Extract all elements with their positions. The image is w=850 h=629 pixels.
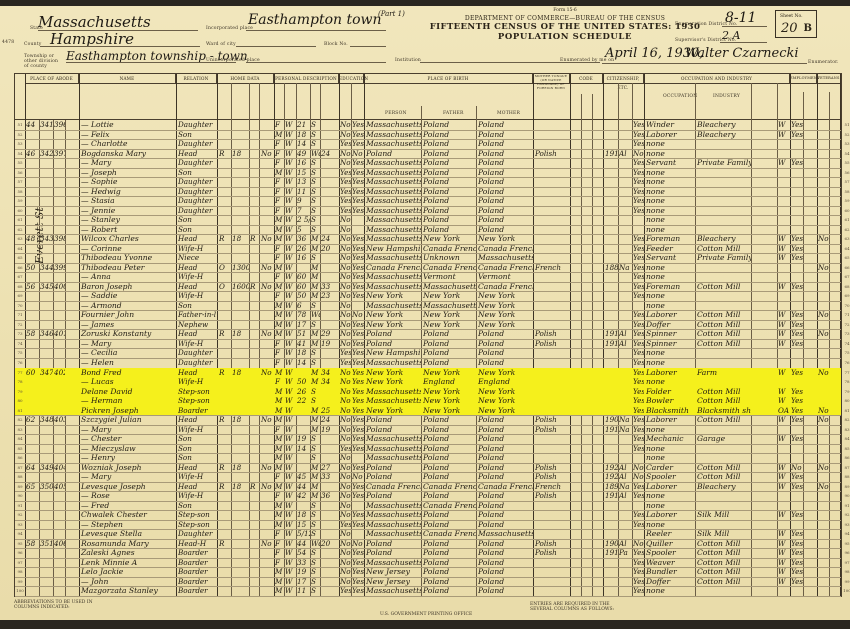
cell-race: W — [285, 329, 296, 339]
cell-marital: S — [311, 206, 320, 216]
cell-english: Yes — [633, 396, 644, 406]
cell-family — [54, 453, 65, 463]
cell-english: Yes — [633, 339, 644, 349]
cell-occupation: none — [646, 425, 695, 435]
cell-father: Poland — [423, 577, 476, 587]
cell-name: Wozniak Joseph — [81, 463, 176, 473]
cell-value — [232, 120, 249, 130]
cell-english: Yes — [633, 387, 644, 397]
cell-tongue — [535, 301, 570, 311]
cell-school: Yes — [340, 348, 351, 358]
cell-occupation: none — [646, 149, 695, 159]
cell-class — [778, 177, 790, 187]
cell-mother: Poland — [478, 425, 533, 435]
cell-read — [352, 225, 364, 235]
cell-line: 64 — [841, 244, 850, 254]
cell-sex: F — [275, 339, 284, 349]
cell-immig — [605, 577, 618, 587]
cell-class: W — [778, 434, 790, 444]
cell-family — [54, 510, 65, 520]
cell-immig — [605, 282, 618, 292]
cell-family — [54, 139, 65, 149]
cell-line: 98 — [15, 567, 25, 577]
cell-immig — [605, 529, 618, 539]
cell-value — [232, 310, 249, 320]
cell-vet — [818, 215, 829, 225]
cell-immig: 1922 — [605, 472, 618, 482]
cell-family — [54, 339, 65, 349]
cell-tongue — [535, 139, 570, 149]
cell-sex: M — [275, 453, 284, 463]
cell-house: 58 — [26, 539, 39, 549]
cell-race: W — [285, 120, 296, 130]
cell-vet — [818, 586, 829, 596]
cell-tenure — [219, 301, 231, 311]
cell-class: W — [778, 558, 790, 568]
cell-industry: Blacksmith shop — [697, 406, 751, 416]
cell-family — [54, 501, 65, 511]
cell-line: 62 — [841, 225, 850, 235]
cell-relation: Niece — [178, 253, 216, 263]
cell-read: Yes — [352, 387, 364, 397]
cell-read: Yes — [352, 377, 364, 387]
cell-farm — [261, 501, 274, 511]
cell-class: W — [778, 415, 790, 425]
cell-age-marr — [321, 529, 338, 539]
cell-family — [54, 358, 65, 368]
cell-house — [26, 548, 39, 558]
cell-line: 78 — [841, 377, 850, 387]
cell-house — [26, 272, 39, 282]
group-employment: EMPLOYMENT — [790, 74, 817, 84]
cell-farm — [261, 196, 274, 206]
cell-class: W — [778, 482, 790, 492]
cell-class: W — [778, 548, 790, 558]
cell-age-marr — [321, 272, 338, 282]
cell-farm — [261, 348, 274, 358]
cell-tongue — [535, 120, 570, 130]
cell-race: W — [285, 482, 296, 492]
cell-radio — [250, 120, 259, 130]
cell-birth: Massachusetts — [366, 558, 421, 568]
cell-vet — [818, 168, 829, 178]
cell-dwelling — [40, 225, 53, 235]
cell-house — [26, 291, 39, 301]
sheet-label: Sheet No. — [780, 14, 803, 19]
cell-age-marr: 33 — [321, 472, 338, 482]
cell-english — [633, 501, 644, 511]
cell-industry — [697, 348, 751, 358]
cell-read — [352, 301, 364, 311]
cell-read: Yes — [352, 263, 364, 273]
cell-tenure — [219, 177, 231, 187]
cell-farm: No — [261, 368, 274, 378]
cell-age — [297, 425, 310, 435]
cell-read: Yes — [352, 406, 364, 416]
cell-birth: Poland — [366, 425, 421, 435]
cell-age: 19 — [297, 567, 310, 577]
cell-sex: M — [275, 434, 284, 444]
sheet-header: State Massachusetts 4478 County Hampshir… — [0, 6, 850, 72]
cell-mother: Poland — [478, 567, 533, 577]
cell-read: Yes — [352, 320, 364, 330]
cell-relation: Boarder — [178, 577, 216, 587]
cell-relation: Wife-H — [178, 339, 216, 349]
cell-age-marr: 36 — [321, 491, 338, 501]
cell-work: Yes — [791, 282, 803, 292]
cell-line: 54 — [15, 149, 25, 159]
cell-tenure — [219, 434, 231, 444]
cell-english: Yes — [633, 282, 644, 292]
cell-age: 49 — [297, 149, 310, 159]
cell-tenure — [219, 168, 231, 178]
cell-english: Yes — [633, 253, 644, 263]
cell-nat: Na — [619, 425, 632, 435]
cell-mother: Poland — [478, 177, 533, 187]
cell-work: Yes — [791, 529, 803, 539]
cell-line: 97 — [841, 558, 850, 568]
cell-value — [232, 510, 249, 520]
cell-marital: M — [311, 368, 320, 378]
cell-class — [778, 358, 790, 368]
cell-mother: Poland — [478, 491, 533, 501]
cell-marital: M — [311, 339, 320, 349]
cell-industry: Cotton Mill — [697, 282, 751, 292]
cell-read: Yes — [352, 396, 364, 406]
cell-english: Yes — [633, 168, 644, 178]
cell-father: Vermont — [423, 272, 476, 282]
cell-marital: S — [311, 548, 320, 558]
cell-race: W — [285, 358, 296, 368]
cell-relation: Son — [178, 168, 216, 178]
cell-farm — [261, 158, 274, 168]
cell-name: Lelo Jackie — [81, 567, 176, 577]
block-label: Block No. — [324, 42, 348, 47]
cell-age: 26 — [297, 387, 310, 397]
cell-father: Canada French — [423, 244, 476, 254]
cell-tenure — [219, 567, 231, 577]
cell-dwelling: 341 — [40, 120, 53, 130]
cell-read: Yes — [352, 244, 364, 254]
cell-marital: S — [311, 301, 320, 311]
cell-marital: S — [311, 348, 320, 358]
cell-school: Yes — [340, 168, 351, 178]
cell-tongue: Polish — [535, 425, 570, 435]
cell-farm — [261, 510, 274, 520]
cell-age — [297, 453, 310, 463]
cell-sex: F — [275, 472, 284, 482]
cell-line: 72 — [15, 320, 25, 330]
cell-tenure — [219, 244, 231, 254]
cell-read: Yes — [352, 577, 364, 587]
cell-school: No — [340, 158, 351, 168]
cell-family — [54, 196, 65, 206]
cell-immig — [605, 396, 618, 406]
cell-occupation: Laborer — [646, 482, 695, 492]
cell-read — [352, 215, 364, 225]
cell-mother: Canada French — [478, 282, 533, 292]
cell-birth: New Jersey — [366, 567, 421, 577]
cell-name: — Henry — [81, 453, 176, 463]
cell-family — [54, 491, 65, 501]
cell-line: 58 — [15, 187, 25, 197]
cell-english — [633, 453, 644, 463]
cell-mother: Poland — [478, 539, 533, 549]
cell-radio: R — [250, 234, 259, 244]
cell-immig — [605, 368, 618, 378]
cell-vet — [818, 291, 829, 301]
cell-race: W — [285, 310, 296, 320]
cell-sex: F — [275, 548, 284, 558]
cell-name: — Cecilia — [81, 348, 176, 358]
cell-dwelling — [40, 425, 53, 435]
cell-marital: S — [311, 196, 320, 206]
cell-industry: Bleachery — [697, 234, 751, 244]
cell-house — [26, 177, 39, 187]
cell-house: 46 — [26, 149, 39, 159]
cell-class — [778, 301, 790, 311]
cell-father: Poland — [423, 567, 476, 577]
cell-vet: No — [818, 234, 829, 244]
cell-value: 18 — [232, 234, 249, 244]
cell-name: — Fred — [81, 501, 176, 511]
cell-farm — [261, 520, 274, 530]
cell-industry: Cotton Mill — [697, 548, 751, 558]
cell-house — [26, 139, 39, 149]
cell-birth: New York — [366, 368, 421, 378]
cell-occupation: none — [646, 444, 695, 454]
cell-house — [26, 520, 39, 530]
cell-age-marr — [321, 130, 338, 140]
cell-sex: M — [275, 396, 284, 406]
cell-mother: Vermont — [478, 272, 533, 282]
cell-tongue: Polish — [535, 329, 570, 339]
cell-vet — [818, 358, 829, 368]
cell-occupation: none — [646, 501, 695, 511]
department: DEPARTMENT OF COMMERCE—BUREAU OF THE CEN… — [415, 15, 715, 22]
cell-tenure — [219, 425, 231, 435]
cell-dwelling — [40, 491, 53, 501]
cell-immig — [605, 272, 618, 282]
cell-immig — [605, 139, 618, 149]
cell-name: Fournier John — [81, 310, 176, 320]
cell-farm: No — [261, 234, 274, 244]
cell-race: W — [285, 368, 296, 378]
cell-age-marr — [321, 253, 338, 263]
cell-class: W — [778, 567, 790, 577]
cell-age-marr — [321, 482, 338, 492]
cell-tongue — [535, 158, 570, 168]
cell-family — [54, 158, 65, 168]
cell-house — [26, 396, 39, 406]
cell-name: Delane David — [81, 387, 176, 397]
cell-nat — [619, 168, 632, 178]
cell-marital: M — [311, 491, 320, 501]
cell-industry — [697, 444, 751, 454]
cell-radio — [250, 520, 259, 530]
cell-radio — [250, 472, 259, 482]
cell-class — [778, 196, 790, 206]
cell-class — [778, 263, 790, 273]
cell-read: Yes — [352, 234, 364, 244]
cell-house — [26, 158, 39, 168]
cell-father: Poland — [423, 510, 476, 520]
cell-class: W — [778, 396, 790, 406]
cell-immig — [605, 320, 618, 330]
cell-dwelling — [40, 244, 53, 254]
cell-school: No — [340, 120, 351, 130]
cell-class: W — [778, 529, 790, 539]
cell-dwelling — [40, 310, 53, 320]
cell-english: Yes — [633, 358, 644, 368]
cell-class — [778, 491, 790, 501]
cell-sex: M — [275, 577, 284, 587]
cell-race: W — [285, 586, 296, 596]
cell-english: Yes — [633, 368, 644, 378]
cell-vet — [818, 301, 829, 311]
cell-dwelling: 342 — [40, 149, 53, 159]
cell-nat — [619, 406, 632, 416]
cell-nat — [619, 320, 632, 330]
cell-immig — [605, 444, 618, 454]
cell-tongue — [535, 215, 570, 225]
cell-race: W — [285, 215, 296, 225]
cell-family — [54, 272, 65, 282]
cell-father: New York — [423, 310, 476, 320]
cell-immig — [605, 453, 618, 463]
cell-sex: M — [275, 510, 284, 520]
cell-father: New York — [423, 387, 476, 397]
cell-line: 84 — [841, 434, 850, 444]
cell-work: Yes — [791, 434, 803, 444]
cell-mother: Poland — [478, 187, 533, 197]
cell-line: 92 — [15, 510, 25, 520]
cell-farm — [261, 577, 274, 587]
cell-line: 85 — [15, 444, 25, 454]
cell-occupation: none — [646, 520, 695, 530]
cell-industry — [697, 501, 751, 511]
cell-line: 54 — [841, 149, 850, 159]
cell-house: 60 — [26, 368, 39, 378]
cell-radio — [250, 463, 259, 473]
cell-industry — [697, 139, 751, 149]
cell-line: 98 — [841, 567, 850, 577]
cell-age-marr: 25 — [321, 406, 338, 416]
cell-name: Zoruski Konstanty — [81, 329, 176, 339]
cell-value — [232, 206, 249, 216]
cell-house — [26, 567, 39, 577]
cell-english: Yes — [633, 320, 644, 330]
cell-name: Bond Fred — [81, 368, 176, 378]
cell-school: No — [340, 377, 351, 387]
cell-farm — [261, 168, 274, 178]
cell-race: W — [285, 348, 296, 358]
cell-age-marr — [321, 567, 338, 577]
cell-sex: F — [275, 187, 284, 197]
cell-tongue: Polish — [535, 491, 570, 501]
cell-radio — [250, 225, 259, 235]
cell-house — [26, 358, 39, 368]
cell-tenure — [219, 548, 231, 558]
cell-race: W — [285, 453, 296, 463]
cell-vet — [818, 158, 829, 168]
cell-tenure: R — [219, 539, 231, 549]
cell-vet — [818, 491, 829, 501]
cell-race: W — [285, 206, 296, 216]
cell-sex: F — [275, 491, 284, 501]
cell-vet — [818, 434, 829, 444]
cell-mother: England — [478, 377, 533, 387]
cell-race: W — [285, 225, 296, 235]
cell-mother: Massachusetts — [478, 253, 533, 263]
cell-line: 91 — [841, 501, 850, 511]
cell-class: W — [778, 282, 790, 292]
cell-line: 63 — [841, 234, 850, 244]
cell-school: No — [340, 320, 351, 330]
cell-occupation: Servant — [646, 253, 695, 263]
cell-birth: Massachusetts — [366, 206, 421, 216]
cell-line: 100 — [15, 586, 25, 596]
cell-tenure — [219, 501, 231, 511]
cell-farm: No — [261, 415, 274, 425]
cell-occupation: none — [646, 168, 695, 178]
cell-industry: Cotton Mill — [697, 387, 751, 397]
cell-mother: Poland — [478, 463, 533, 473]
cell-name: — Armond — [81, 301, 176, 311]
cell-birth: New Hampshire — [366, 348, 421, 358]
cell-work — [791, 187, 803, 197]
cell-father: Poland — [423, 472, 476, 482]
cell-family — [54, 577, 65, 587]
cell-work — [791, 196, 803, 206]
cell-occupation: Weaver — [646, 558, 695, 568]
cell-nat — [619, 586, 632, 596]
cell-father: Poland — [423, 415, 476, 425]
cell-english: Yes — [633, 425, 644, 435]
cell-class — [778, 187, 790, 197]
cell-birth: Massachusetts — [366, 272, 421, 282]
cell-value — [232, 406, 249, 416]
cell-tongue — [535, 272, 570, 282]
incorporated-note: (Part 1) — [378, 10, 405, 18]
cell-class — [778, 225, 790, 235]
cell-age: 18 — [297, 348, 310, 358]
cell-school: No — [340, 453, 351, 463]
cell-nat — [619, 520, 632, 530]
cell-age-marr — [321, 320, 338, 330]
cell-mother: New York — [478, 310, 533, 320]
cell-class: W — [778, 234, 790, 244]
cell-line: 81 — [841, 406, 850, 416]
group-place-of-abode: PLACE OF ABODE — [25, 74, 79, 84]
cell-name: Bogdanska Mary — [81, 149, 176, 159]
cell-nat — [619, 130, 632, 140]
cell-sex: M — [275, 482, 284, 492]
cell-work: Yes — [791, 567, 803, 577]
group-place-of-birth: PLACE OF BIRTH — [364, 74, 533, 84]
cell-marital: S — [311, 577, 320, 587]
cell-tenure — [219, 291, 231, 301]
cell-race: W — [285, 291, 296, 301]
cell-industry: Cotton Mill — [697, 472, 751, 482]
cell-industry — [697, 225, 751, 235]
cell-occupation: none — [646, 348, 695, 358]
cell-value — [232, 130, 249, 140]
cell-work: Yes — [791, 539, 803, 549]
cell-sex: M — [275, 415, 284, 425]
cell-family: 402 — [54, 368, 65, 378]
cell-father: Poland — [423, 548, 476, 558]
